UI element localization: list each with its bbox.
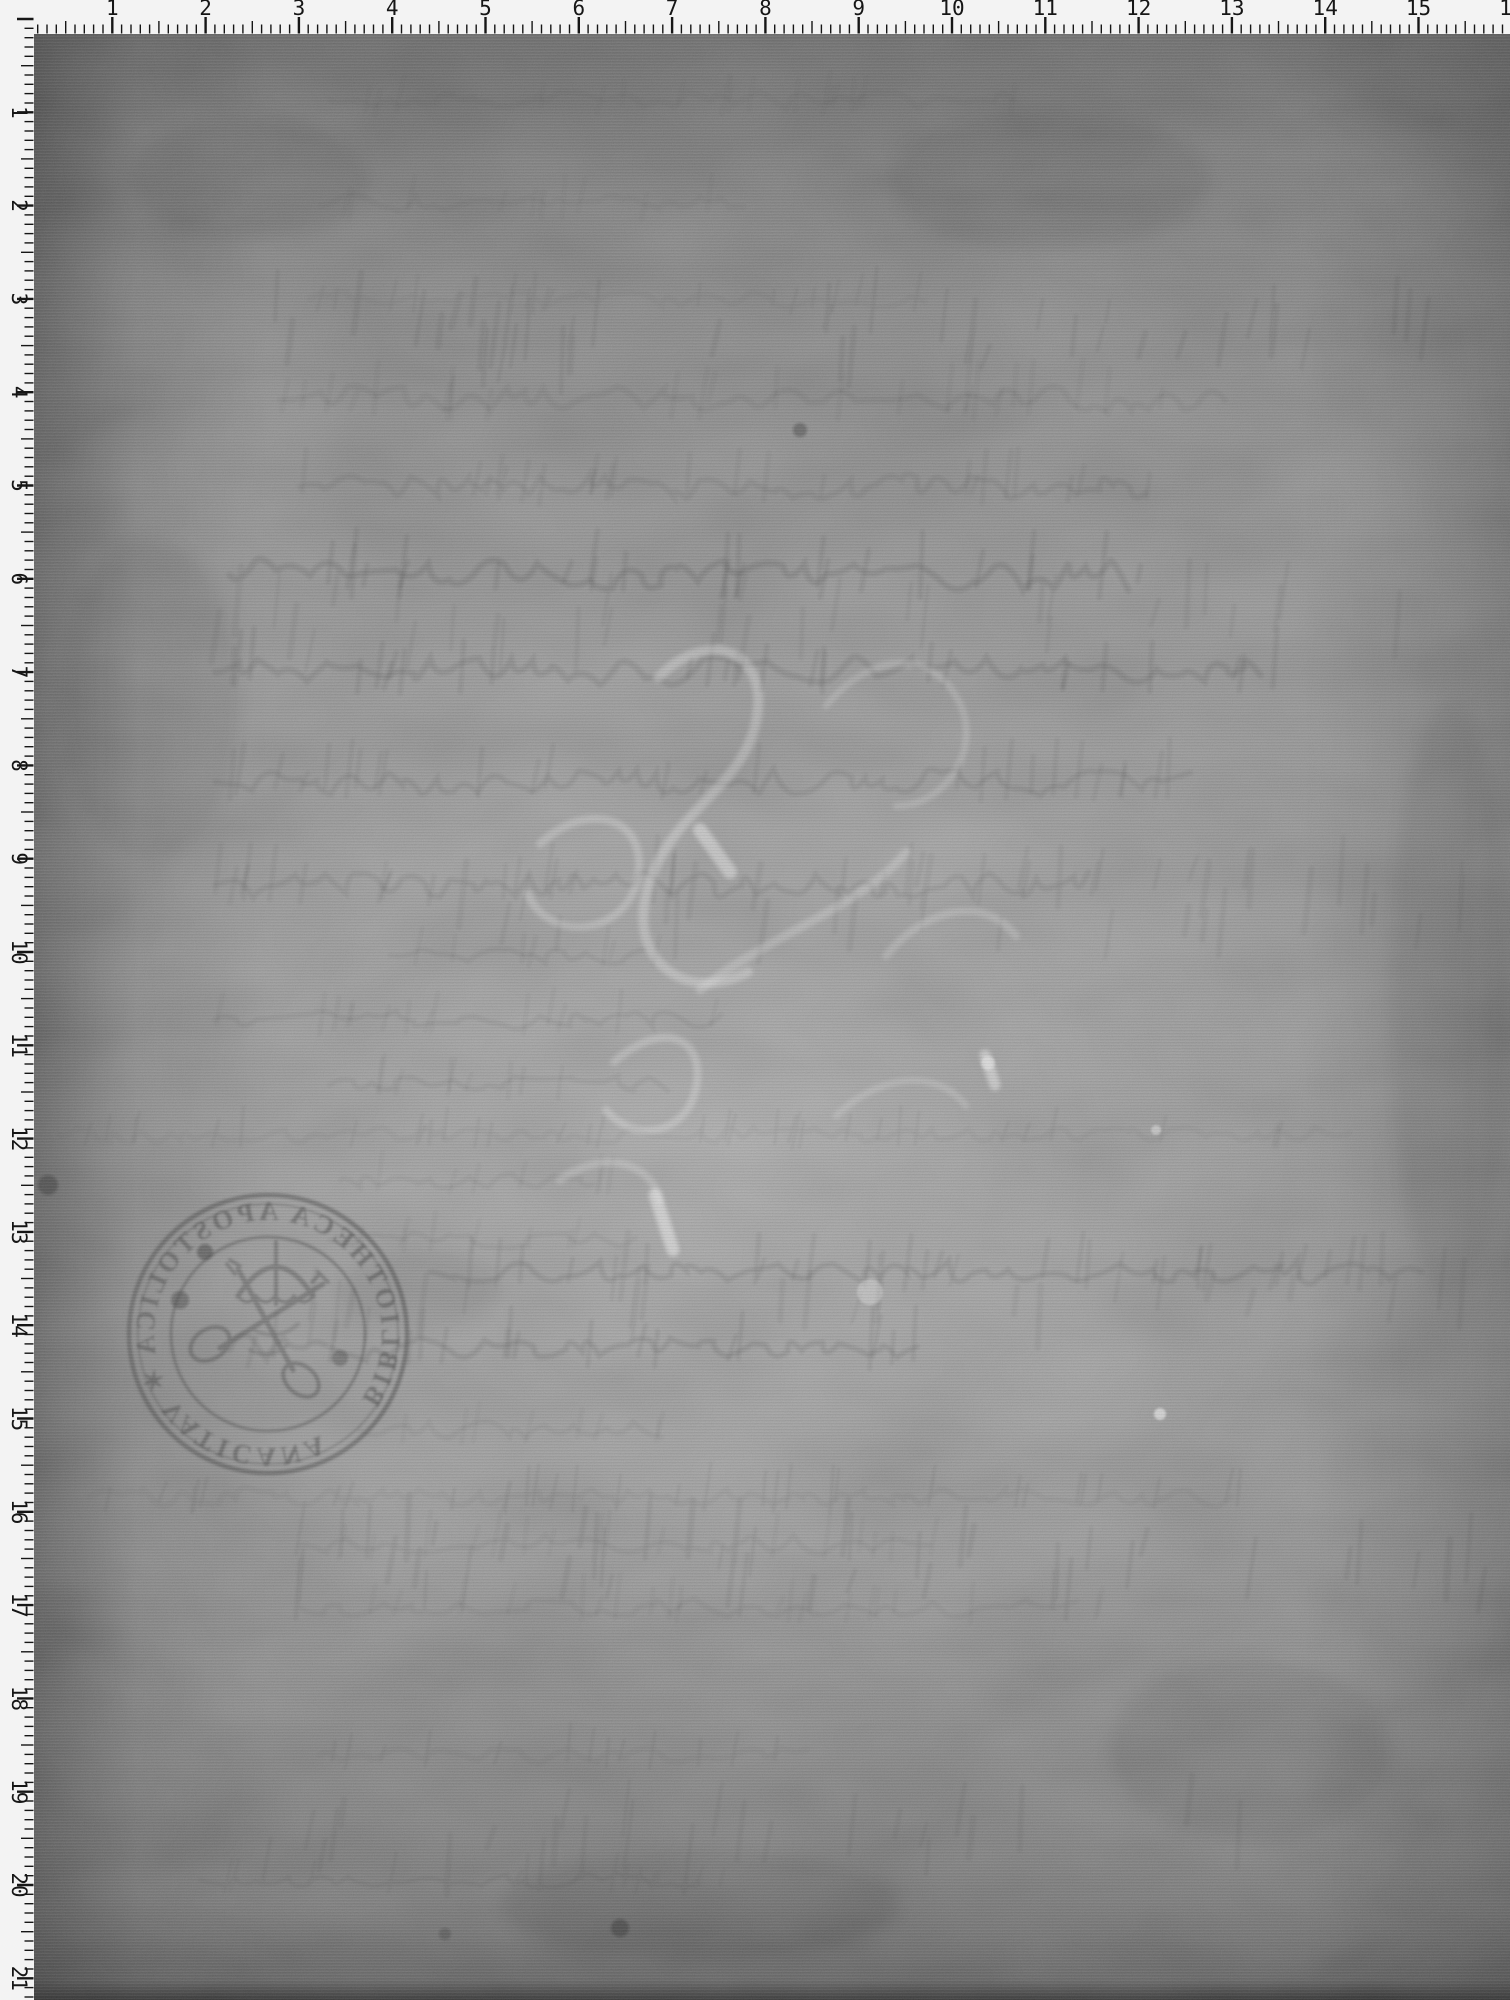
- ruler-tick-label: 2: [199, 0, 212, 20]
- ruler-tick-label: 11: [7, 1033, 31, 1058]
- ruler-tick-label: 11: [1033, 0, 1058, 20]
- ruler-tick-label: 6: [7, 572, 31, 585]
- ruler-tick-label: 4: [7, 386, 31, 399]
- ruler-tick-label: 10: [7, 939, 31, 964]
- ruler-tick-label: 21: [7, 1966, 31, 1991]
- film-grain: [34, 34, 1510, 2000]
- ruler-tick-label: 18: [7, 1686, 31, 1711]
- ruler-tick-label: 13: [7, 1219, 31, 1244]
- ruler-tick-label: 13: [1219, 0, 1244, 20]
- ruler-horizontal-strip: [0, 0, 1510, 34]
- ruler-tick-label: 10: [939, 0, 964, 20]
- ruler-tick-label: 16: [1499, 0, 1510, 20]
- ruler-tick-label: 14: [1313, 0, 1338, 20]
- ruler-tick-label: 3: [7, 293, 31, 306]
- ruler-tick-label: 7: [7, 666, 31, 679]
- ruler-tick-label: 12: [7, 1126, 31, 1151]
- ruler-tick-label: 5: [479, 0, 492, 20]
- ruler-tick-label: 17: [7, 1592, 31, 1617]
- ruler-tick-label: 4: [386, 0, 399, 20]
- ruler-tick-label: 12: [1126, 0, 1151, 20]
- ruler-tick-label: 9: [7, 852, 31, 865]
- scan-overlay: BIBLIOTHECA APOSTOLICA ✶ VATICANA 012345…: [0, 0, 1510, 2000]
- ruler-tick-label: 14: [7, 1313, 31, 1338]
- manuscript-scan-viewer: BIBLIOTHECA APOSTOLICA ✶ VATICANA 012345…: [0, 0, 1510, 2000]
- ruler-tick-label: 19: [7, 1779, 31, 1804]
- ruler-tick-label: 8: [7, 759, 31, 772]
- ruler-tick-label: 15: [1406, 0, 1431, 20]
- ruler-tick-label: 15: [7, 1406, 31, 1431]
- ruler-vertical: 123456789101112131415161718192021: [0, 0, 34, 2000]
- ruler-tick-label: 1: [7, 106, 31, 119]
- ruler-tick-label: 8: [759, 0, 772, 20]
- ruler-tick-label: 1: [106, 0, 119, 20]
- ruler-tick-label: 2: [7, 199, 31, 212]
- ruler-tick-label: 7: [666, 0, 679, 20]
- ruler-horizontal: 012345678910111213141516: [0, 0, 1510, 34]
- ruler-tick-label: 16: [7, 1499, 31, 1524]
- ruler-tick-label: 6: [572, 0, 585, 20]
- ruler-tick-label: 5: [7, 479, 31, 492]
- ruler-tick-label: 9: [852, 0, 865, 20]
- ruler-tick-label: 20: [7, 1872, 31, 1897]
- ruler-tick-label: 3: [293, 0, 306, 20]
